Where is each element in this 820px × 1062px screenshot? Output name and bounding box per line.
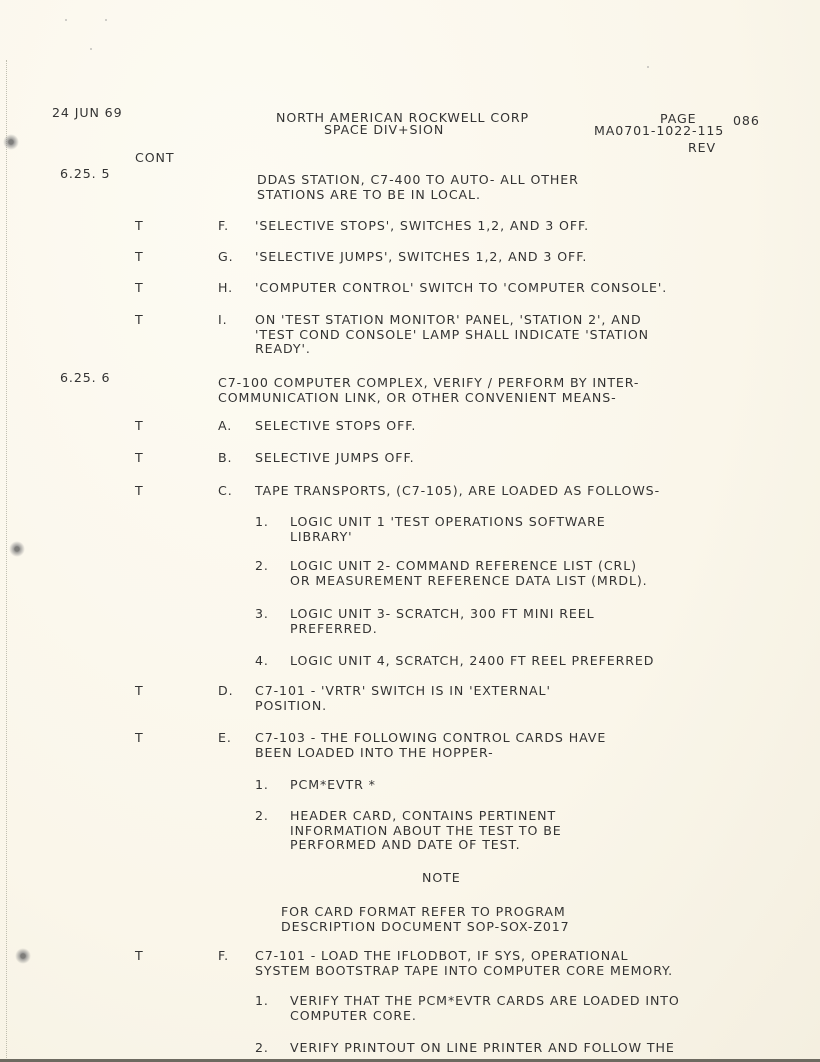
step-text: C7-103 - THE FOLLOWING CONTROL CARDS HAV…	[255, 730, 606, 745]
step-text: BEEN LOADED INTO THE HOPPER-	[255, 745, 494, 760]
substep-text: HEADER CARD, CONTAINS PERTINENT	[290, 808, 556, 823]
substep-text: LIBRARY'	[290, 529, 353, 544]
step-text: SELECTIVE JUMPS OFF.	[255, 450, 414, 465]
substep-number: 1.	[255, 993, 269, 1008]
step-letter: C.	[218, 483, 233, 498]
step-text: SELECTIVE STOPS OFF.	[255, 418, 416, 433]
step-text: 'SELECTIVE JUMPS', SWITCHES 1,2, AND 3 O…	[255, 249, 587, 264]
step-letter: A.	[218, 418, 232, 433]
division-name: SPACE DIV+SION	[324, 122, 444, 137]
test-mark: T	[135, 280, 144, 295]
section-text: COMMUNICATION LINK, OR OTHER CONVENIENT …	[218, 390, 617, 405]
note-text: FOR CARD FORMAT REFER TO PROGRAM	[281, 904, 566, 919]
step-letter: I.	[218, 312, 228, 327]
step-text: 'COMPUTER CONTROL' SWITCH TO 'COMPUTER C…	[255, 280, 667, 295]
test-mark: T	[135, 312, 144, 327]
substep-text: PREFERRED.	[290, 621, 378, 636]
substep-number: 2.	[255, 808, 269, 823]
substep-number: 1.	[255, 514, 269, 529]
test-mark: T	[135, 730, 144, 745]
document-page: 24 JUN 69 NORTH AMERICAN ROCKWELL CORP S…	[0, 0, 820, 1062]
rev-label: REV	[688, 140, 716, 155]
test-mark: T	[135, 450, 144, 465]
test-mark: T	[135, 483, 144, 498]
cont-label: CONT	[135, 150, 174, 165]
section-number: 6.25. 5	[60, 166, 110, 181]
substep-text: INFORMATION ABOUT THE TEST TO BE	[290, 823, 562, 838]
test-mark: T	[135, 418, 144, 433]
step-letter: F.	[218, 218, 229, 233]
substep-number: 2.	[255, 558, 269, 573]
binder-hole-mark	[15, 948, 31, 964]
section-text: C7-100 COMPUTER COMPLEX, VERIFY / PERFOR…	[218, 375, 639, 390]
step-letter: F.	[218, 948, 229, 963]
substep-text: PCM*EVTR *	[290, 777, 376, 792]
substep-text: VERIFY PRINTOUT ON LINE PRINTER AND FOLL…	[290, 1040, 675, 1055]
substep-number: 3.	[255, 606, 269, 621]
test-mark: T	[135, 249, 144, 264]
substep-text: COMPUTER CORE.	[290, 1008, 417, 1023]
section-number: 6.25. 6	[60, 370, 110, 385]
substep-text: LOGIC UNIT 1 'TEST OPERATIONS SOFTWARE	[290, 514, 606, 529]
page-number: 086	[733, 113, 760, 128]
step-letter: H.	[218, 280, 233, 295]
step-text: C7-101 - 'VRTR' SWITCH IS IN 'EXTERNAL'	[255, 683, 551, 698]
step-text: 'TEST COND CONSOLE' LAMP SHALL INDICATE …	[255, 327, 649, 342]
substep-number: 1.	[255, 777, 269, 792]
section-text: STATIONS ARE TO BE IN LOCAL.	[257, 187, 481, 202]
substep-text: LOGIC UNIT 3- SCRATCH, 300 FT MINI REEL	[290, 606, 595, 621]
step-letter: E.	[218, 730, 232, 745]
step-text: 'SELECTIVE STOPS', SWITCHES 1,2, AND 3 O…	[255, 218, 589, 233]
binder-hole-mark	[9, 541, 25, 557]
step-text: POSITION.	[255, 698, 327, 713]
test-mark: T	[135, 218, 144, 233]
note-title: NOTE	[422, 870, 461, 885]
test-mark: T	[135, 683, 144, 698]
binder-hole-mark	[3, 134, 19, 150]
step-letter: B.	[218, 450, 232, 465]
step-letter: D.	[218, 683, 234, 698]
step-text: TAPE TRANSPORTS, (C7-105), ARE LOADED AS…	[255, 483, 660, 498]
substep-text: VERIFY THAT THE PCM*EVTR CARDS ARE LOADE…	[290, 993, 680, 1008]
substep-number: 2.	[255, 1040, 269, 1055]
margin-perforation	[6, 60, 8, 1060]
doc-date: 24 JUN 69	[52, 105, 123, 120]
note-text: DESCRIPTION DOCUMENT SOP-SOX-Z017	[281, 919, 570, 934]
step-text: READY'.	[255, 341, 311, 356]
test-mark: T	[135, 948, 144, 963]
substep-number: 4.	[255, 653, 269, 668]
step-letter: G.	[218, 249, 234, 264]
substep-text: LOGIC UNIT 2- COMMAND REFERENCE LIST (CR…	[290, 558, 637, 573]
section-text: DDAS STATION, C7-400 TO AUTO- ALL OTHER	[257, 172, 579, 187]
step-text: ON 'TEST STATION MONITOR' PANEL, 'STATIO…	[255, 312, 642, 327]
doc-number: MA0701-1022-115	[594, 123, 724, 138]
substep-text: PERFORMED AND DATE OF TEST.	[290, 837, 521, 852]
step-text: C7-101 - LOAD THE IFLODBOT, IF SYS, OPER…	[255, 948, 628, 963]
step-text: SYSTEM BOOTSTRAP TAPE INTO COMPUTER CORE…	[255, 963, 673, 978]
substep-text: OR MEASUREMENT REFERENCE DATA LIST (MRDL…	[290, 573, 648, 588]
substep-text: LOGIC UNIT 4, SCRATCH, 2400 FT REEL PREF…	[290, 653, 654, 668]
